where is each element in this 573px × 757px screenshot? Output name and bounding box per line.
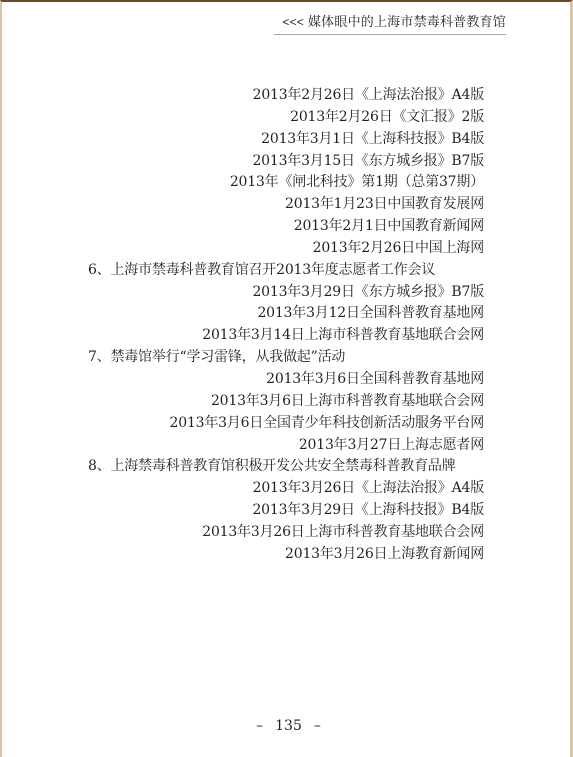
citation-line: 2013年3月12日全国科普教育基地网	[88, 303, 484, 325]
citation-line: 2013年3月6日全国青少年科技创新活动服务平台网	[88, 413, 484, 435]
section-heading-8: 8、上海禁毒科普教育馆积极开发公共安全禁毒科普教育品牌	[88, 456, 484, 478]
dash-right: –	[314, 718, 321, 734]
citation-line: 2013年2月26日中国上海网	[88, 238, 484, 260]
citation-line: 2013年3月26日上海教育新闻网	[88, 544, 484, 566]
citation-line: 2013年2月26日《上海法治报》A4版	[88, 85, 484, 107]
citation-line: 2013年3月29日《东方城乡报》B7版	[88, 282, 484, 304]
chevron-left-icon: <<<	[282, 15, 304, 29]
citation-line: 2013年3月15日《东方城乡报》B7版	[88, 151, 484, 173]
citation-line: 2013年3月1日《上海科技报》B4版	[88, 129, 484, 151]
section-heading-6: 6、上海市禁毒科普教育馆召开2013年度志愿者工作会议	[88, 260, 484, 282]
citation-list: 2013年2月26日《上海法治报》A4版 2013年2月26日《文汇报》2版 2…	[88, 85, 484, 566]
citation-line: 2013年3月26日《上海法治报》A4版	[88, 478, 484, 500]
page-number-footer: –135–	[2, 716, 573, 736]
running-head: <<<媒体眼中的上海市禁毒科普教育馆	[274, 12, 506, 35]
citation-line: 2013年3月27日上海志愿者网	[88, 435, 484, 457]
citation-line: 2013年3月14日上海市科普教育基地联合会网	[88, 325, 484, 347]
citation-line: 2013年3月26日上海市科普教育基地联合会网	[88, 522, 484, 544]
citation-line: 2013年2月1日中国教育新闻网	[88, 216, 484, 238]
citation-line: 2013年3月6日上海市科普教育基地联合会网	[88, 391, 484, 413]
dash-left: –	[256, 718, 263, 734]
section-heading-7: 7、禁毒馆举行“学习雷锋，从我做起”活动	[88, 347, 484, 369]
citation-line: 2013年《闸北科技》第1期（总第37期）	[88, 172, 484, 194]
citation-line: 2013年1月23日中国教育发展网	[88, 194, 484, 216]
running-head-title: 媒体眼中的上海市禁毒科普教育馆	[308, 15, 506, 30]
citation-line: 2013年2月26日《文汇报》2版	[88, 107, 484, 129]
citation-line: 2013年3月29日《上海科技报》B4版	[88, 500, 484, 522]
citation-line: 2013年3月6日全国科普教育基地网	[88, 369, 484, 391]
page-number: 135	[275, 718, 302, 734]
book-page: <<<媒体眼中的上海市禁毒科普教育馆 2013年2月26日《上海法治报》A4版 …	[0, 0, 573, 757]
